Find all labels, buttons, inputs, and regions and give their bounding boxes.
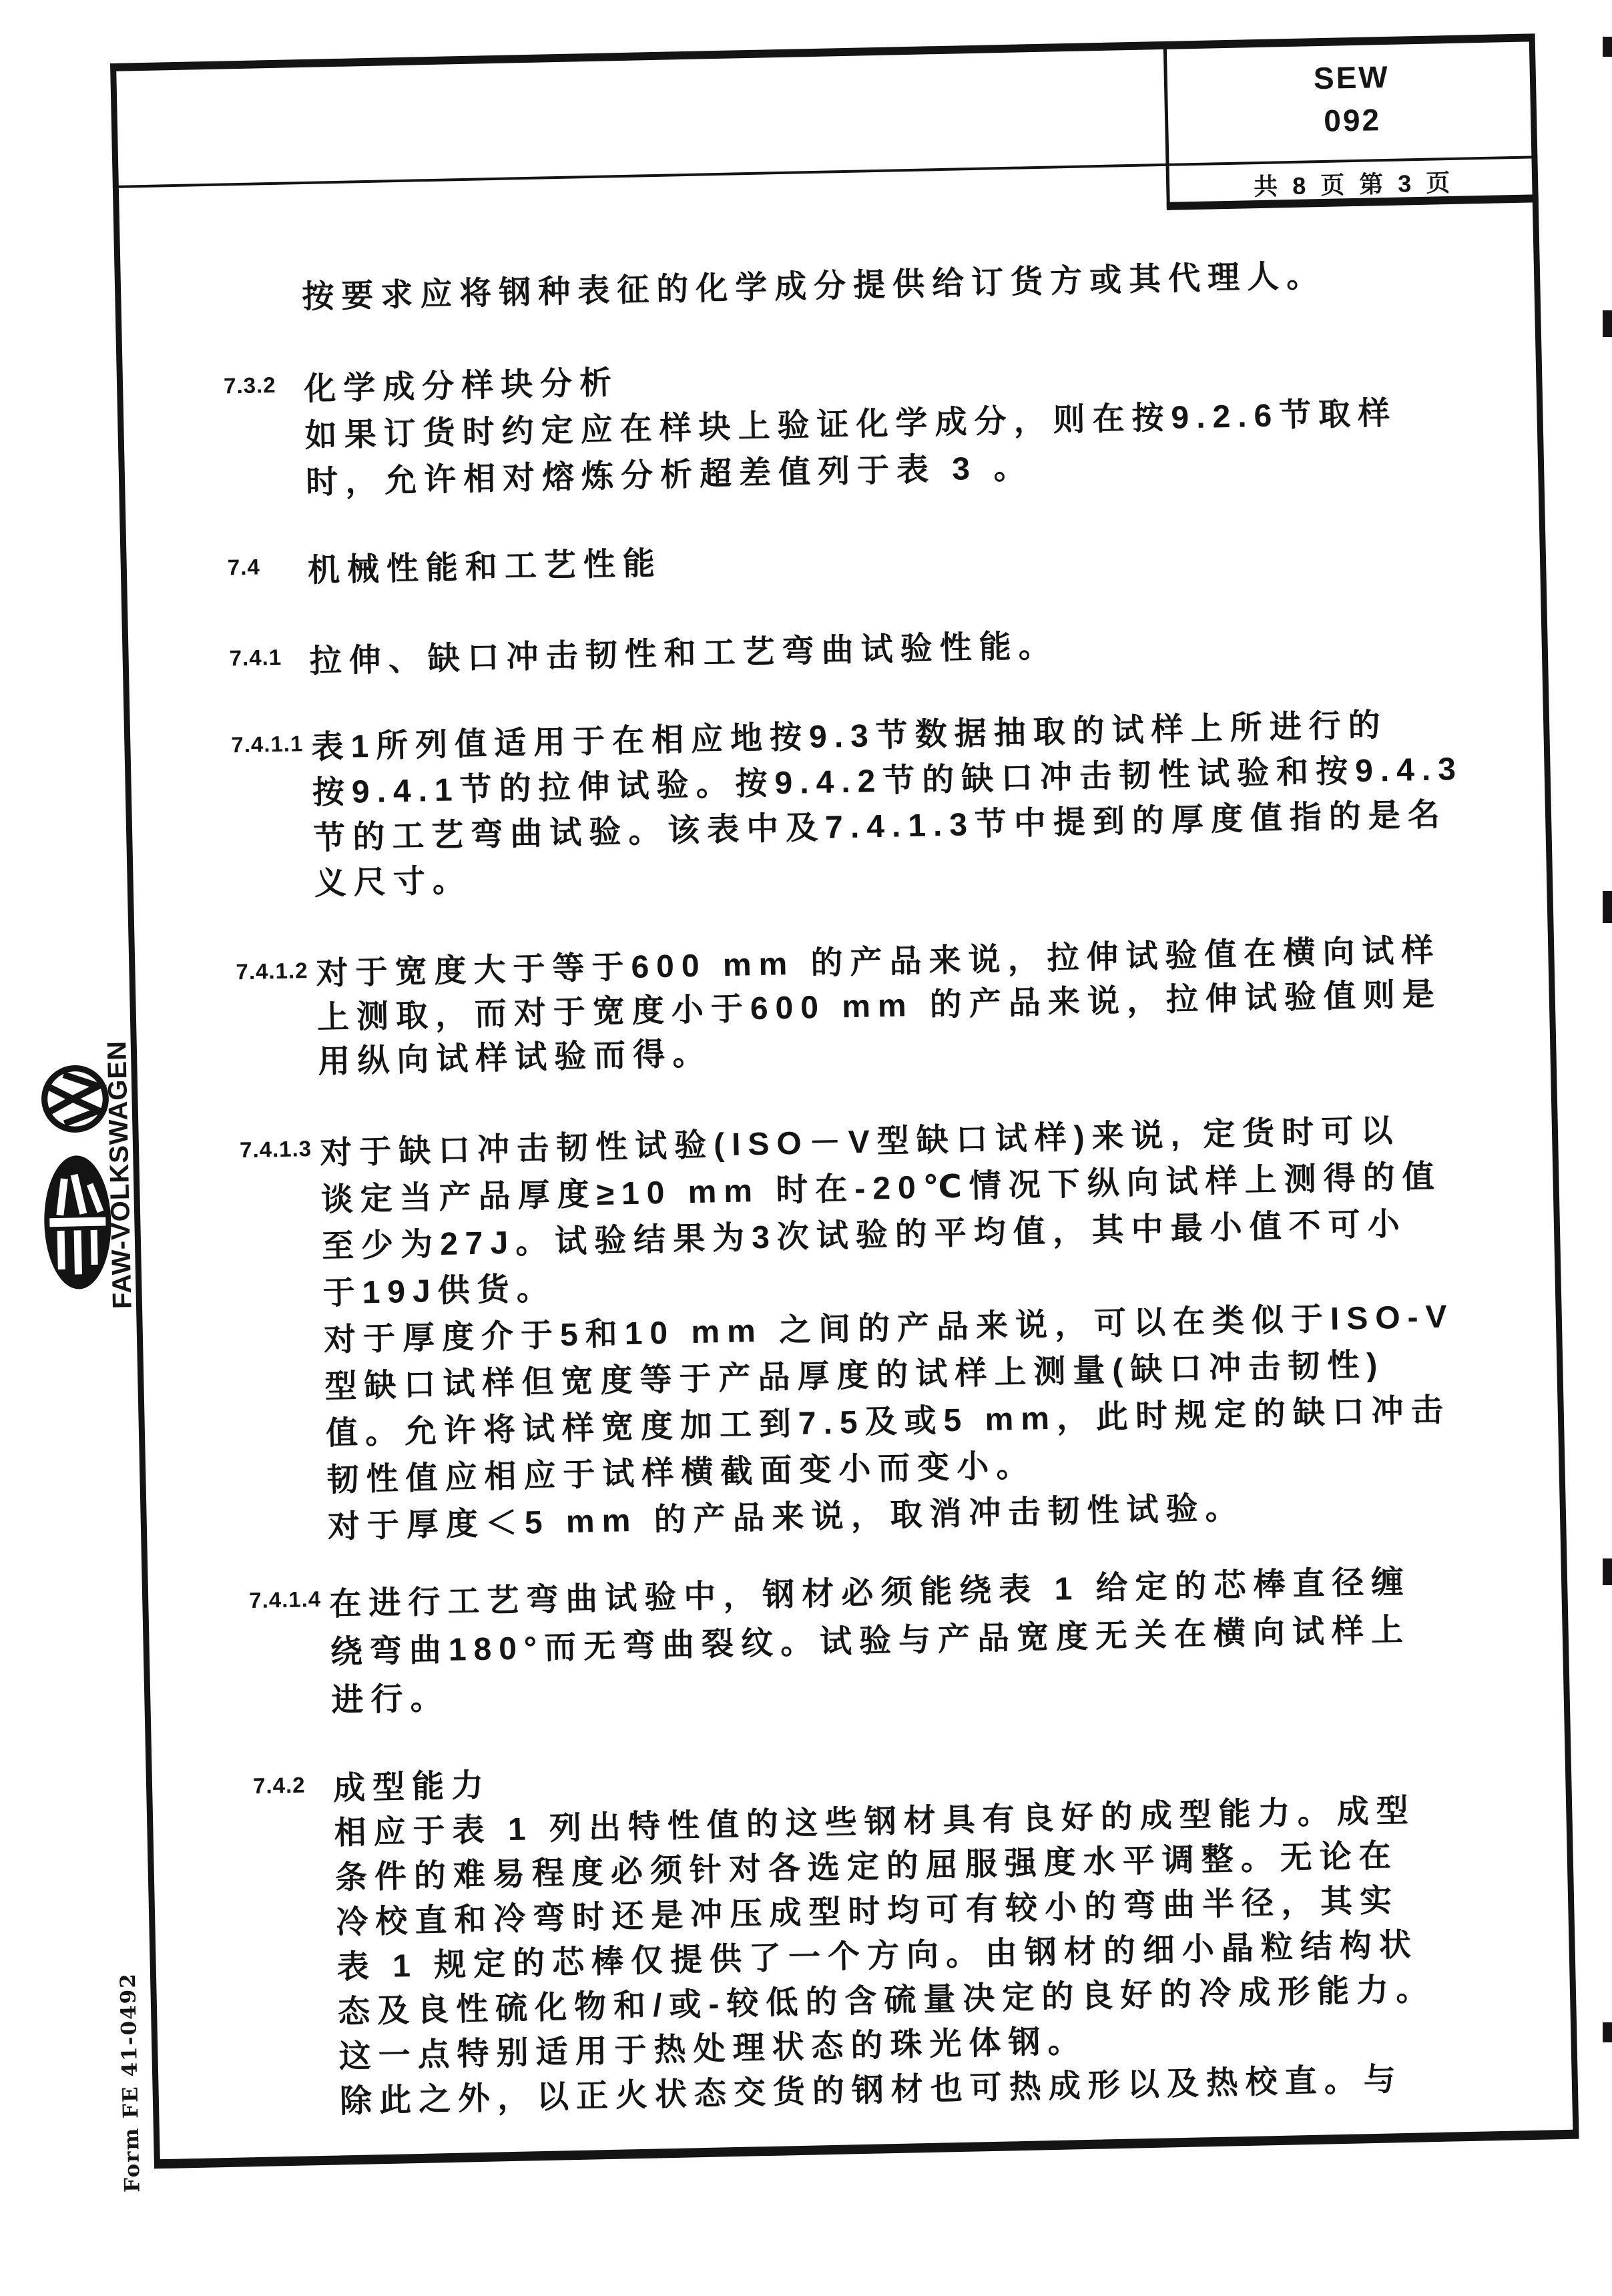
scan-artifact: [1603, 310, 1612, 337]
faw-logo-icon: [41, 1153, 113, 1291]
doc-code-line1: SEW: [1313, 58, 1390, 95]
section-7-4-1-3: 7.4.1.3 对于缺口冲击韧性试验(ISO－V型缺口试样)来说, 定货时可以谈…: [320, 1107, 1450, 1551]
scan-artifact: [1603, 2022, 1612, 2042]
section-lines: 成型能力相应于表 1 列出特性值的这些钢材具有良好的成型能力。成型条件的难易程度…: [333, 1743, 1462, 2124]
section-7-4-1-4: 7.4.1.4 在进行工艺弯曲试验中，钢材必须能绕表 1 给定的芯棒直径缠绕弯曲…: [329, 1557, 1453, 1725]
section-7-4-1-2: 7.4.1.2 对于宽度大于等于600 mm 的产品来说，拉伸试验值在横向试样上…: [316, 929, 1440, 1085]
section-lines: 对于缺口冲击韧性试验(ISO－V型缺口试样)来说, 定货时可以谈定当产品厚度≥1…: [320, 1107, 1450, 1551]
section-lines: 化学成分样块分析如果订货时约定应在样块上验证化学成分，则在按9.2.6节取样时，…: [304, 343, 1428, 507]
section-number: 7.4.1.4: [249, 1587, 322, 1613]
scan-artifact: [1603, 1558, 1612, 1585]
section-lines: 在进行工艺弯曲试验中，钢材必须能绕表 1 给定的芯棒直径缠绕弯曲180°而无弯曲…: [329, 1557, 1453, 1725]
section-lines: 对于宽度大于等于600 mm 的产品来说，拉伸试验值在横向试样上测取，而对于宽度…: [316, 929, 1440, 1085]
section-number: 7.4.1.3: [240, 1136, 312, 1163]
scan-artifact: [1603, 891, 1612, 923]
section-number: 7.4.2: [253, 1772, 306, 1799]
scan-artifact: [1603, 37, 1612, 57]
section-number: 7.4.1.1: [231, 731, 304, 758]
section-7-4-2: 7.4.2 成型能力相应于表 1 列出特性值的这些钢材具有良好的成型能力。成型条…: [333, 1743, 1462, 2124]
document-stamp-box: SEW 092 共 8 页 第 3 页: [1163, 33, 1539, 210]
section-number: 7.4.1.2: [236, 958, 308, 984]
volkswagen-logo-icon: [37, 1061, 112, 1136]
section-number: 7.4: [227, 554, 260, 580]
doc-code-line2: 092: [1324, 101, 1382, 139]
section-7-4-1-1: 7.4.1.1 表1所列值适用于在相应地按9.3节数据抽取的试样上所进行的按9.…: [311, 702, 1436, 907]
section-number: 7.3.2: [224, 372, 276, 399]
page-indicator: 共 8 页 第 3 页: [1169, 156, 1538, 208]
section-number: 7.4.1: [229, 645, 282, 671]
doc-code: SEW 092: [1167, 33, 1538, 164]
section-7-3-2: 7.3.2 化学成分样块分析如果订货时约定应在样块上验证化学成分，则在按9.2.…: [304, 343, 1428, 507]
section-lines: 表1所列值适用于在相应地按9.3节数据抽取的试样上所进行的按9.4.1节的拉伸试…: [311, 702, 1436, 907]
scan-skew-wrapper: SEW 092 共 8 页 第 3 页 按要求应将钢种表征的化学成分提供给订货方…: [110, 33, 1579, 2169]
